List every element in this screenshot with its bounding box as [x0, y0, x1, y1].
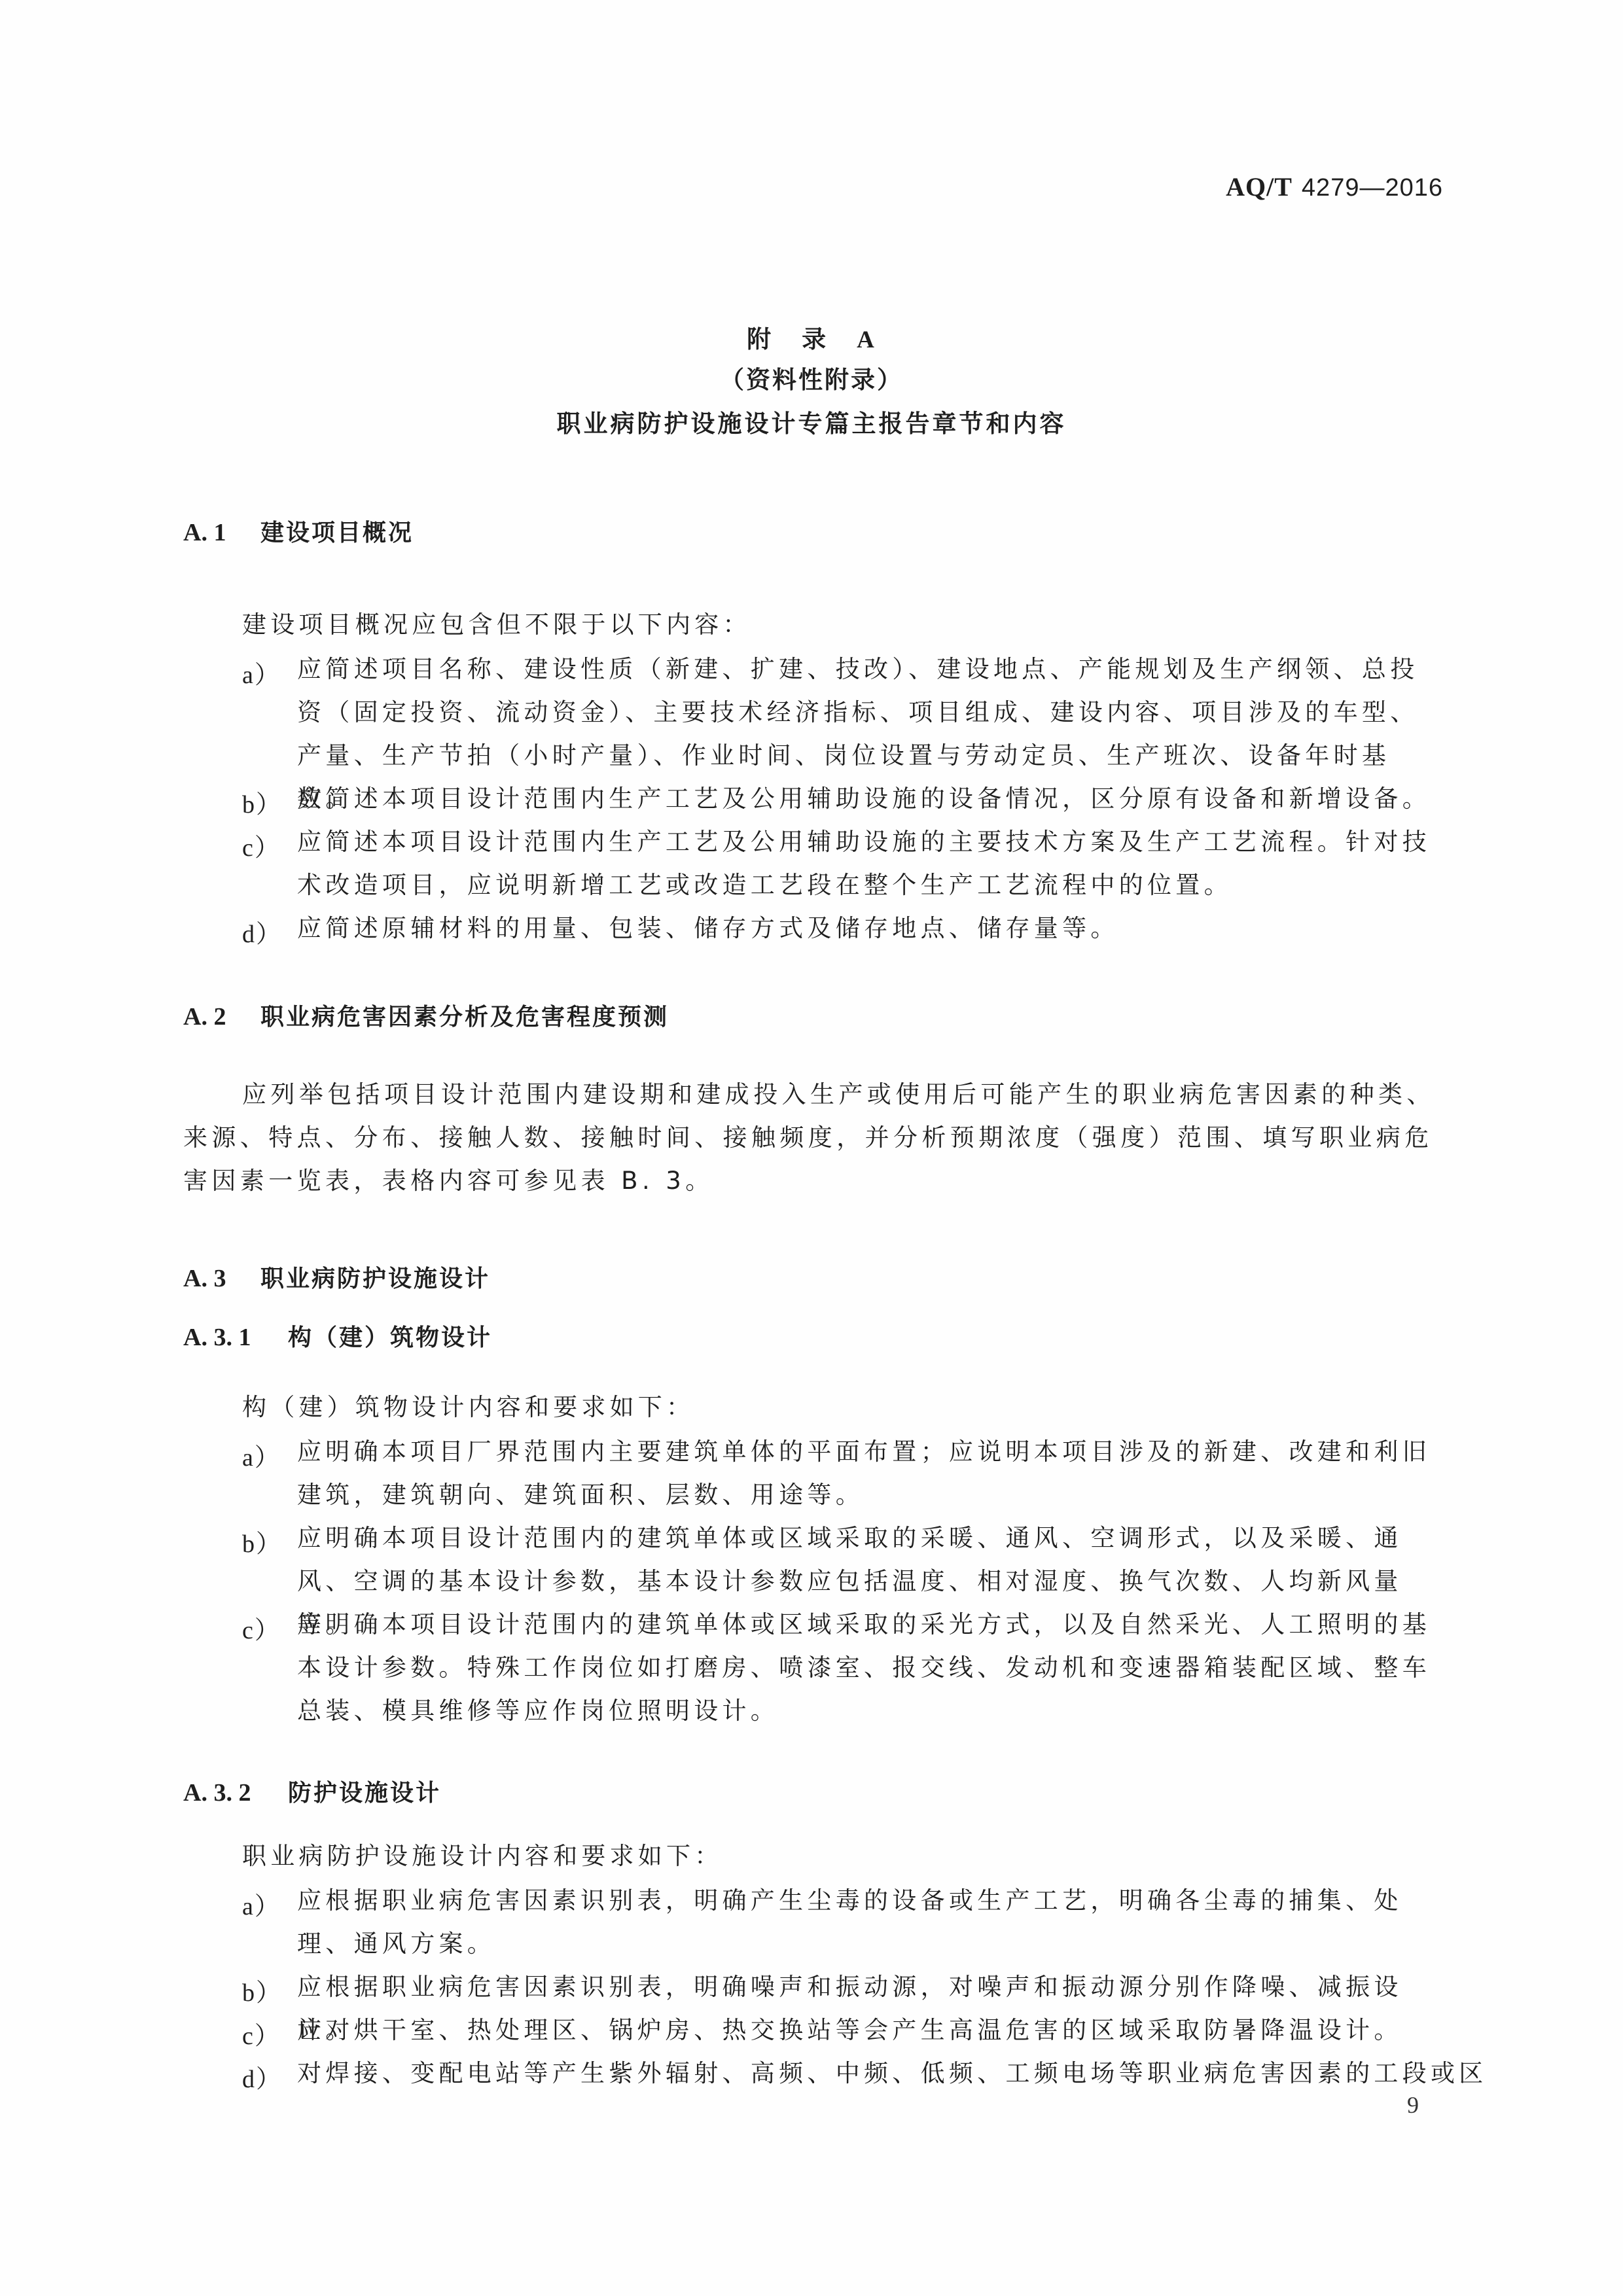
standard-code: AQ/T4279—2016: [1226, 171, 1443, 202]
section-number: A. 1: [183, 518, 260, 547]
list-item: c） 应明确本项目设计范围内的建筑单体或区域采取的采光方式，以及自然采光、人工照…: [242, 1603, 1440, 1733]
section-heading-a3-1: A. 3. 1构（建）筑物设计: [183, 1319, 492, 1352]
list-marker: a）: [242, 654, 281, 690]
section-intro: 职业病防护设施设计内容和要求如下：: [242, 1836, 722, 1871]
section-heading-a3: A. 3职业病防护设施设计: [183, 1260, 490, 1294]
section-heading-a2: A. 2职业病危害因素分析及危害程度预测: [183, 998, 669, 1032]
document-page: AQ/T4279—2016 附录A （资料性附录） 职业病防护设施设计专篇主报告…: [0, 0, 1623, 2296]
appendix-main-title: 职业病防护设施设计专篇主报告章节和内容: [0, 404, 1623, 439]
standard-prefix: AQ/T: [1226, 172, 1293, 202]
list-marker: b）: [242, 784, 282, 820]
list-item: c） 应对烘干室、热处理区、锅炉房、热交换站等会产生高温危害的区域采取防暑降温设…: [242, 2009, 1440, 2052]
list-item-text: 应对烘干室、热处理区、锅炉房、热交换站等会产生高温危害的区域采取防暑降温设计。: [297, 2009, 1440, 2052]
list-item-text: 对焊接、变配电站等产生紫外辐射、高频、中频、低频、工频电场等职业病危害因素的工段…: [297, 2052, 1440, 2095]
list-item: a） 应根据职业病危害因素识别表，明确产生尘毒的设备或生产工艺，明确各尘毒的捕集…: [242, 1879, 1440, 1966]
list-item: b） 应简述本项目设计范围内生产工艺及公用辅助设施的设备情况，区分原有设备和新增…: [242, 777, 1440, 821]
list-item-text: 应根据职业病危害因素识别表，明确产生尘毒的设备或生产工艺，明确各尘毒的捕集、处理…: [297, 1879, 1440, 1966]
list-marker: b）: [242, 1523, 282, 1559]
list-item-text: 应明确本项目设计范围内的建筑单体或区域采取的采光方式，以及自然采光、人工照明的基…: [297, 1603, 1440, 1733]
section-number: A. 2: [183, 1002, 260, 1031]
list-item-text: 应简述本项目设计范围内生产工艺及公用辅助设施的主要技术方案及生产工艺流程。针对技…: [297, 821, 1440, 907]
section-intro: 构（建）筑物设计内容和要求如下：: [242, 1387, 694, 1422]
appendix-word-1: 附: [747, 325, 773, 353]
list-item: a） 应明确本项目厂界范围内主要建筑单体的平面布置；应说明本项目涉及的新建、改建…: [242, 1430, 1440, 1517]
appendix-heading: 附录A: [0, 319, 1623, 355]
section-number: A. 3. 2: [183, 1778, 288, 1807]
list-marker: c）: [242, 1610, 281, 1646]
section-title: 职业病危害因素分析及危害程度预测: [260, 1004, 669, 1031]
list-marker: a）: [242, 1886, 281, 1922]
list-marker: d）: [242, 2058, 282, 2094]
section-number: A. 3: [183, 1264, 260, 1293]
section-title: 职业病防护设施设计: [260, 1265, 490, 1292]
section-title: 构（建）筑物设计: [288, 1324, 492, 1351]
section-title: 防护设施设计: [288, 1780, 441, 1807]
list-item-text: 应明确本项目厂界范围内主要建筑单体的平面布置；应说明本项目涉及的新建、改建和利旧…: [297, 1430, 1440, 1517]
list-marker: c）: [242, 827, 281, 863]
list-item: d） 应简述原辅材料的用量、包装、储存方式及储存地点、储存量等。: [242, 907, 1440, 950]
section-intro: 建设项目概况应包含但不限于以下内容：: [242, 605, 751, 640]
list-marker: c）: [242, 2015, 281, 2051]
section-body: 应列举包括项目设计范围内建设期和建成投入生产或使用后可能产生的职业病危害因素的种…: [183, 1073, 1440, 1203]
list-item-text: 应简述原辅材料的用量、包装、储存方式及储存地点、储存量等。: [297, 907, 1440, 950]
list-marker: b）: [242, 1972, 282, 2008]
section-title: 建设项目概况: [260, 520, 414, 546]
section-number: A. 3. 1: [183, 1323, 288, 1352]
list-item: d） 对焊接、变配电站等产生紫外辐射、高频、中频、低频、工频电场等职业病危害因素…: [242, 2052, 1440, 2095]
list-marker: a）: [242, 1437, 281, 1473]
appendix-word-2: 录: [802, 325, 828, 353]
appendix-letter: A: [857, 327, 876, 353]
standard-number: 4279—2016: [1302, 174, 1443, 202]
appendix-nature: （资料性附录）: [0, 360, 1623, 395]
page-number: 9: [1407, 2091, 1419, 2119]
list-marker: d）: [242, 913, 282, 949]
list-item: c） 应简述本项目设计范围内生产工艺及公用辅助设施的主要技术方案及生产工艺流程。…: [242, 821, 1440, 907]
section-heading-a3-2: A. 3. 2防护设施设计: [183, 1775, 441, 1808]
list-item-text: 应简述本项目设计范围内生产工艺及公用辅助设施的设备情况，区分原有设备和新增设备。: [297, 777, 1440, 821]
section-heading-a1: A. 1建设项目概况: [183, 514, 414, 548]
